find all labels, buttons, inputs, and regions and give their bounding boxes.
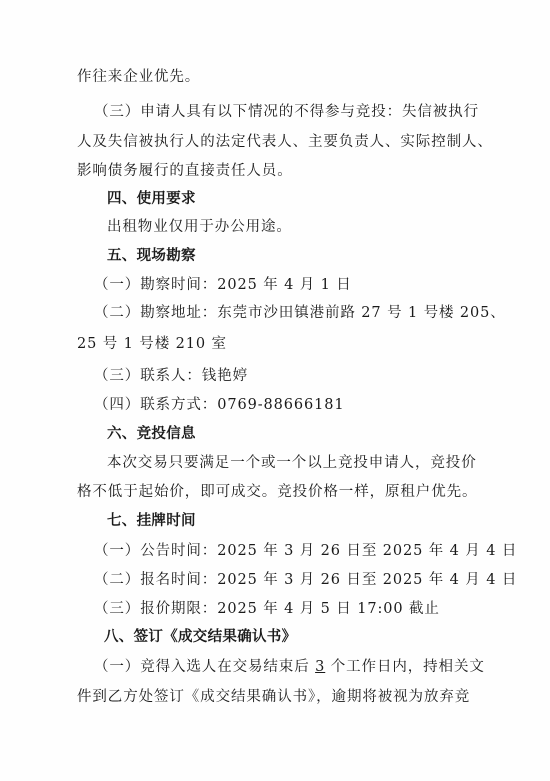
- list-item-text-pre: （一）竞得入选人在交易结束后: [94, 659, 315, 675]
- paragraph-line: （三）申请人具有以下情况的不得参与竞投：失信被执行: [94, 102, 479, 122]
- section-heading-4: 四、使用要求: [107, 189, 196, 209]
- section-heading-7: 七、挂牌时间: [107, 511, 196, 531]
- paragraph-line: 本次交易只要满足一个或一个以上竞投申请人，竞投价: [107, 453, 477, 473]
- paragraph-line: 件到乙方处签订《成交结果确认书》，逾期将被视为放弃竞: [77, 687, 470, 707]
- paragraph-line: 作往来企业优先。: [77, 67, 200, 87]
- section-heading-8: 八、签订《成交结果确认书》: [104, 627, 296, 647]
- paragraph-line: 格不低于起始价，即可成交。竞投价格一样，原租户优先。: [77, 482, 477, 502]
- paragraph-line: 人及失信被执行人的法定代表人、主要负责人、实际控制人、: [77, 132, 493, 152]
- section-heading-6: 六、竞投信息: [107, 424, 196, 444]
- section-heading-5: 五、现场勘察: [107, 246, 196, 266]
- list-item: （一）公告时间：2025 年 3 月 26 日至 2025 年 4 月 4 日: [94, 541, 517, 561]
- list-item: （一）勘察时间：2025 年 4 月 1 日: [94, 275, 352, 295]
- document-page: 作往来企业优先。 （三）申请人具有以下情况的不得参与竞投：失信被执行 人及失信被…: [0, 0, 550, 781]
- list-item: （三）报价期限：2025 年 4 月 5 日 17:00 截止: [94, 599, 440, 619]
- list-item-text-post: 个工作日内，持相关文: [325, 659, 485, 675]
- list-item: （一）竞得入选人在交易结束后 3 个工作日内，持相关文: [94, 657, 485, 677]
- list-item: （二）报名时间：2025 年 3 月 26 日至 2025 年 4 月 4 日: [94, 570, 517, 590]
- paragraph-line: 25 号 1 号楼 210 室: [77, 334, 227, 354]
- working-days-count: 3: [315, 659, 325, 675]
- paragraph-line: 影响债务履行的直接责任人员。: [77, 161, 293, 181]
- list-item: （三）联系人：钱艳婷: [94, 366, 248, 386]
- paragraph-line: 出租物业仅用于办公用途。: [107, 217, 292, 237]
- list-item: （二）勘察地址：东莞市沙田镇港前路 27 号 1 号楼 205、: [94, 303, 506, 323]
- list-item: （四）联系方式：0769-88666181: [94, 395, 345, 415]
